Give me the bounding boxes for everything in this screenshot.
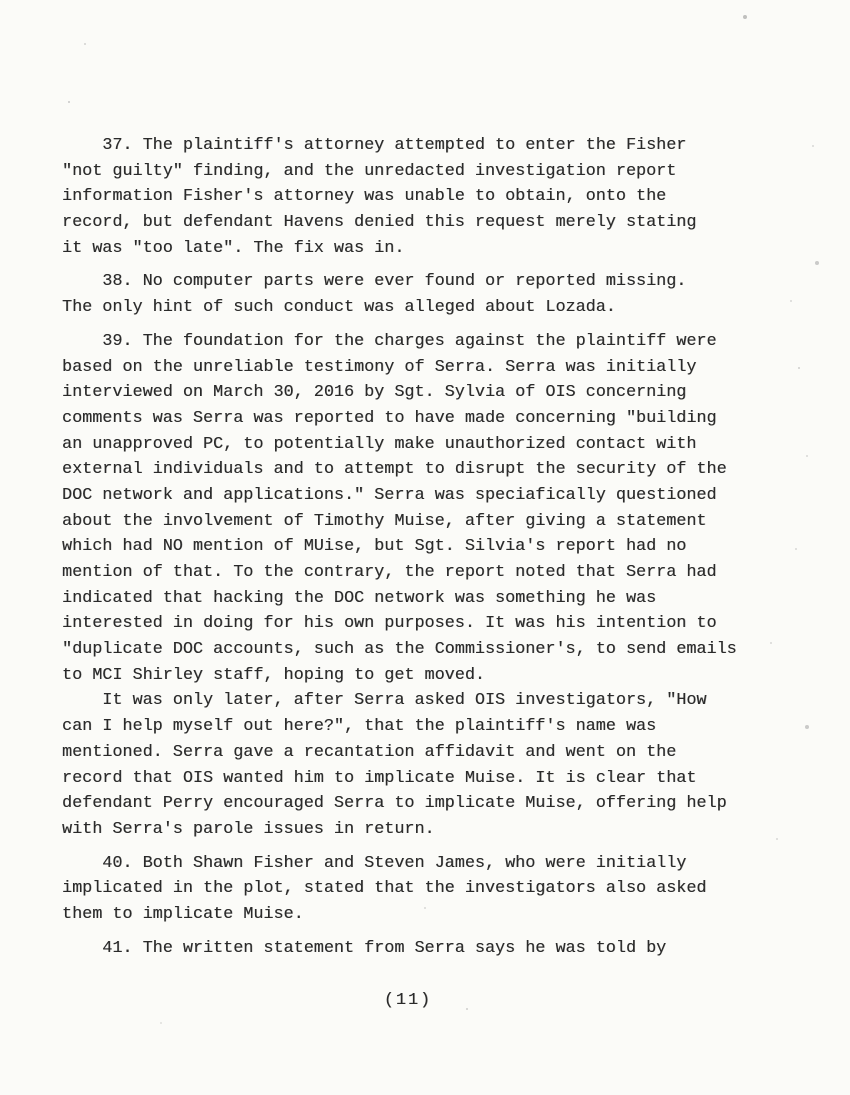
- paragraph-39-line-6: external individuals and to attempt to d…: [62, 457, 778, 483]
- paragraph-38-line-1: 38. No computer parts were ever found or…: [62, 269, 778, 295]
- document-page: 37. The plaintiff's attorney attempted t…: [0, 0, 850, 1095]
- paragraph-37-line-4: record, but defendant Havens denied this…: [62, 210, 778, 236]
- paragraph-39-continued: It was only later, after Serra asked OIS…: [62, 688, 778, 842]
- paragraph-39-line-3: interviewed on March 30, 2016 by Sgt. Sy…: [62, 380, 778, 406]
- document-body: 37. The plaintiff's attorney attempted t…: [62, 133, 778, 961]
- paragraph-39-line-13: "duplicate DOC accounts, such as the Com…: [62, 637, 778, 663]
- paragraph-38-line-2: The only hint of such conduct was allege…: [62, 295, 778, 321]
- paragraph-39-line-14: to MCI Shirley staff, hoping to get move…: [62, 663, 778, 689]
- paragraph-39-continued-line-3: mentioned. Serra gave a recantation affi…: [62, 740, 778, 766]
- paragraph-39-continued-line-5: defendant Perry encouraged Serra to impl…: [62, 791, 778, 817]
- paragraph-40-line-1: 40. Both Shawn Fisher and Steven James, …: [62, 851, 778, 877]
- paragraph-39-line-11: indicated that hacking the DOC network w…: [62, 586, 778, 612]
- paragraph-39-line-2: based on the unreliable testimony of Ser…: [62, 355, 778, 381]
- paragraph-39-line-4: comments was Serra was reported to have …: [62, 406, 778, 432]
- paragraph-39-line-1: 39. The foundation for the charges again…: [62, 329, 778, 355]
- paragraph-37-line-1: 37. The plaintiff's attorney attempted t…: [62, 133, 778, 159]
- paragraph-37-line-3: information Fisher's attorney was unable…: [62, 184, 778, 210]
- paragraph-39-continued-line-4: record that OIS wanted him to implicate …: [62, 766, 778, 792]
- paragraph-37-line-2: "not guilty" finding, and the unredacted…: [62, 159, 778, 185]
- paragraph-40-line-3: them to implicate Muise.: [62, 902, 778, 928]
- paragraph-39-line-7: DOC network and applications." Serra was…: [62, 483, 778, 509]
- paragraph-39-line-9: which had NO mention of MUise, but Sgt. …: [62, 534, 778, 560]
- paragraph-39-line-8: about the involvement of Timothy Muise, …: [62, 509, 778, 535]
- paragraph-39: 39. The foundation for the charges again…: [62, 329, 778, 689]
- paragraph-39-line-10: mention of that. To the contrary, the re…: [62, 560, 778, 586]
- paragraph-41: 41. The written statement from Serra say…: [62, 936, 778, 962]
- paragraph-37-line-5: it was "too late". The fix was in.: [62, 236, 778, 262]
- paragraph-37: 37. The plaintiff's attorney attempted t…: [62, 133, 778, 261]
- paragraph-39-continued-line-6: with Serra's parole issues in return.: [62, 817, 778, 843]
- page-number: (11): [0, 988, 816, 1014]
- paragraph-38: 38. No computer parts were ever found or…: [62, 269, 778, 320]
- paragraph-39-continued-line-1: It was only later, after Serra asked OIS…: [62, 688, 778, 714]
- scan-noise: [0, 0, 2, 2]
- paragraph-39-continued-line-2: can I help myself out here?", that the p…: [62, 714, 778, 740]
- paragraph-40: 40. Both Shawn Fisher and Steven James, …: [62, 851, 778, 928]
- paragraph-39-line-5: an unapproved PC, to potentially make un…: [62, 432, 778, 458]
- paragraph-39-line-12: interested in doing for his own purposes…: [62, 611, 778, 637]
- paragraph-40-line-2: implicated in the plot, stated that the …: [62, 876, 778, 902]
- paragraph-41-line-1: 41. The written statement from Serra say…: [62, 936, 778, 962]
